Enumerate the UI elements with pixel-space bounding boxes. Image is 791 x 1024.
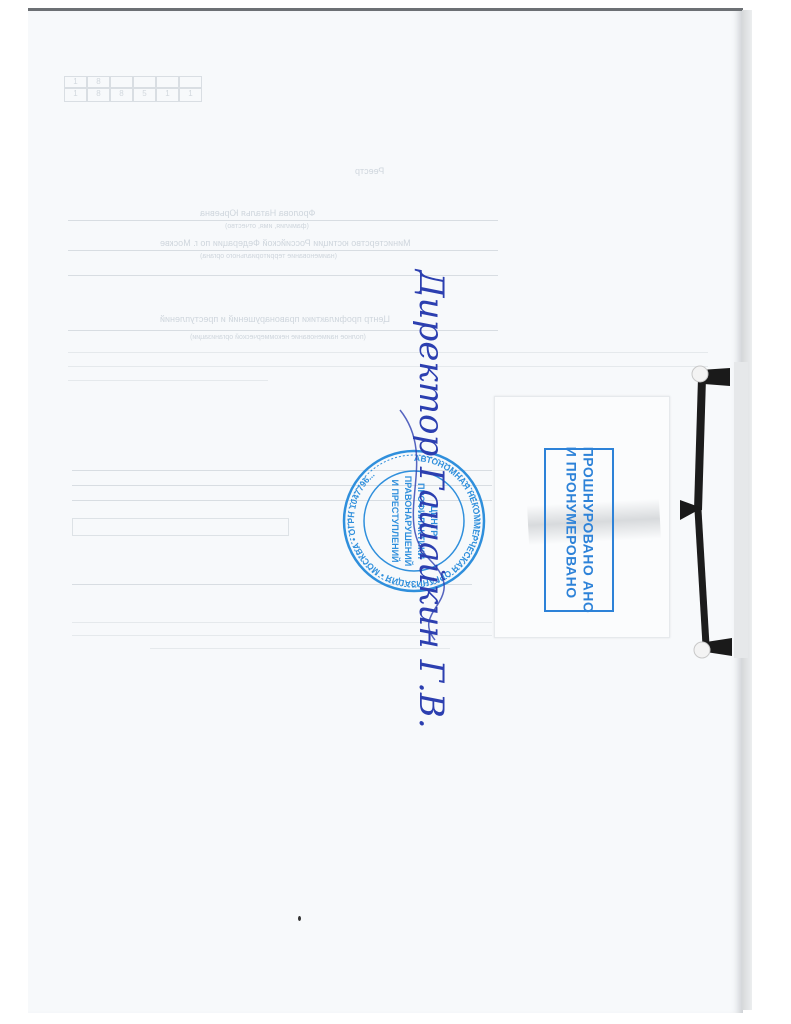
svg-text:Директор Гашайкин Г.В.: Директор Гашайкин Г.В. — [411, 268, 451, 729]
ghost-line2: Министерство юстиции Российской Федераци… — [160, 238, 411, 248]
ghost-line — [68, 220, 498, 221]
ghost-heading: Реестр — [355, 166, 384, 176]
ghost-paragraph-line — [68, 380, 268, 381]
ghost-line1: Фролова Наталья Юрьевна — [200, 208, 315, 218]
ghost-number-cells: 1 8 1 8 8 5 1 1 — [64, 76, 202, 102]
ghost-line3: Центр профилактики правонарушений и прес… — [160, 314, 390, 324]
binding-stamp-line2: И ПРОНУМЕРОВАНО — [562, 447, 579, 614]
binding-stamp-line1: ПРОШНУРОВАНО АНО — [579, 447, 596, 614]
ghost-line — [68, 250, 498, 251]
ghost-caption2: (наименование территориального органа) — [200, 253, 337, 260]
ghost-caption1: (фамилия, имя, отчество) — [225, 223, 309, 230]
binding-stamp: ПРОШНУРОВАНО АНО И ПРОНУМЕРОВАНО — [544, 448, 614, 612]
signature: Директор Гашайкин Г.В. — [380, 260, 490, 820]
binding-lace-icon — [680, 360, 750, 660]
dust-speck — [298, 916, 301, 921]
ghost-caption3: (полное наименование некоммерческой орга… — [190, 334, 366, 341]
ghost-box — [72, 518, 289, 536]
